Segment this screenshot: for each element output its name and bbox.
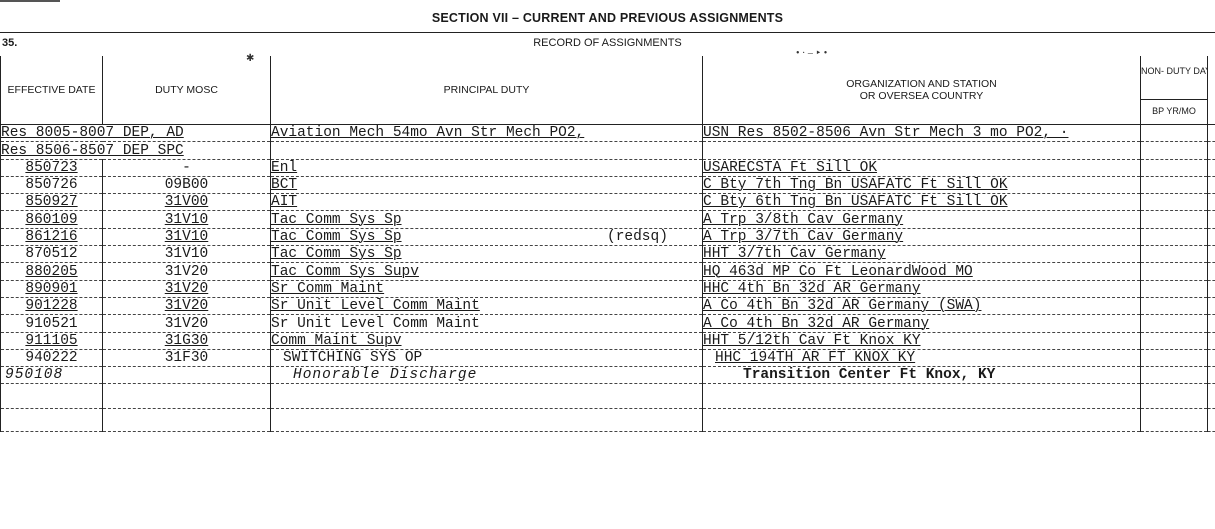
non-duty-cell <box>1141 125 1208 142</box>
effective-date-cell <box>1 384 103 409</box>
duty-mosc-cell: 31V20 <box>103 263 271 280</box>
table-row-prior-service: Res 8005-8007 DEP, AD Aviation Mech 54mo… <box>1 125 1215 142</box>
edge-cell <box>1208 159 1215 176</box>
principal-duty-cell: Aviation Mech 54mo Avn Str Mech PO2, <box>271 125 703 142</box>
non-duty-cell <box>1141 228 1208 245</box>
principal-duty-cell: Sr Unit Level Comm Maint <box>271 315 703 332</box>
effective-date-cell: 860109 <box>1 211 103 228</box>
section-title: SECTION VII – CURRENT AND PREVIOUS ASSIG… <box>0 11 1215 25</box>
table-row: 870512 31V10 Tac Comm Sys Sp HHT 3/7th C… <box>1 246 1215 263</box>
principal-duty-cell: Sr Unit Level Comm Maint <box>271 297 703 314</box>
organization-cell: HHT 5/12th Cav Ft Knox KY <box>703 332 1141 349</box>
principal-duty-cell <box>271 142 703 159</box>
non-duty-cell <box>1141 315 1208 332</box>
effective-date-cell: 850726 <box>1 176 103 193</box>
effective-date-cell: 890901 <box>1 280 103 297</box>
column-header-duty-mosc: DUTY MOSC <box>103 56 271 125</box>
duty-note: (redsq) <box>607 229 668 245</box>
principal-duty-cell <box>271 384 703 409</box>
non-duty-cell <box>1141 246 1208 263</box>
edge-cell <box>1208 280 1215 297</box>
column-header-principal-duty: PRINCIPAL DUTY <box>271 56 703 125</box>
effective-date-cell: 950108 <box>1 367 103 384</box>
principal-duty-cell: AIT <box>271 194 703 211</box>
table-row: 901228 31V20 Sr Unit Level Comm Maint A … <box>1 297 1215 314</box>
non-duty-cell <box>1141 176 1208 193</box>
organization-cell: C Bty 7th Tng Bn USAFATC Ft Sill OK <box>703 176 1141 193</box>
prior-service-cell: Res 8005-8007 DEP, AD <box>1 125 271 142</box>
organization-cell: A Co 4th Bn 32d AR Germany (SWA) <box>703 297 1141 314</box>
organization-cell <box>703 409 1141 432</box>
effective-date-cell: 861216 <box>1 228 103 245</box>
organization-cell: USARECSTA Ft Sill OK <box>703 159 1141 176</box>
non-duty-cell <box>1141 409 1208 432</box>
column-header-bp: BP YR/MO <box>1141 100 1207 116</box>
edge-cell <box>1208 176 1215 193</box>
edge-cell <box>1208 315 1215 332</box>
non-duty-cell <box>1141 211 1208 228</box>
table-row: 940222 31F30 SWITCHING SYS OP HHC 194TH … <box>1 349 1215 366</box>
duty-mosc-cell: 31V10 <box>103 211 271 228</box>
table-row: 850927 31V00 AIT C Bty 6th Tng Bn USAFAT… <box>1 194 1215 211</box>
organization-cell: HHC 4th Bn 32d AR Germany <box>703 280 1141 297</box>
edge-cell <box>1208 349 1215 366</box>
effective-date-cell: 880205 <box>1 263 103 280</box>
non-duty-cell <box>1141 367 1208 384</box>
duty-mosc-cell: 31V20 <box>103 315 271 332</box>
principal-duty-cell: Tac Comm Sys Sp <box>271 211 703 228</box>
principal-duty-cell: Sr Comm Maint <box>271 280 703 297</box>
organization-cell: HHT 3/7th Cav Germany <box>703 246 1141 263</box>
edge-cell <box>1208 211 1215 228</box>
principal-duty-cell: SWITCHING SYS OP <box>271 349 703 366</box>
edge-cell <box>1208 409 1215 432</box>
duty-mosc-cell: - <box>103 159 271 176</box>
principal-duty-cell: Enl <box>271 159 703 176</box>
record-title: RECORD OF ASSIGNMENTS <box>0 37 1215 49</box>
table-row-empty <box>1 409 1215 432</box>
table-row: 860109 31V10 Tac Comm Sys Sp A Trp 3/8th… <box>1 211 1215 228</box>
non-duty-cell <box>1141 194 1208 211</box>
scan-edge-line <box>0 0 60 2</box>
duty-mosc-cell: 31V20 <box>103 280 271 297</box>
edge-cell <box>1208 194 1215 211</box>
effective-date-cell: 850927 <box>1 194 103 211</box>
principal-duty-cell: Tac Comm Sys Sp(redsq) <box>271 228 703 245</box>
non-duty-cell <box>1141 280 1208 297</box>
edge-cell <box>1208 263 1215 280</box>
organization-cell: C Bty 6th Tng Bn USAFATC Ft Sill OK <box>703 194 1141 211</box>
column-header-effective-date: EFFECTIVE DATE <box>1 56 103 125</box>
edge-cell <box>1208 125 1215 142</box>
organization-cell: A Trp 3/8th Cav Germany <box>703 211 1141 228</box>
principal-duty-cell: Comm Maint Supv <box>271 332 703 349</box>
edge-cell <box>1208 246 1215 263</box>
organization-cell: A Trp 3/7th Cav Germany <box>703 228 1141 245</box>
organization-cell: HQ 463d MP Co Ft LeonardWood MO <box>703 263 1141 280</box>
column-header-organization: ORGANIZATION AND STATION OR OVERSEA COUN… <box>703 56 1141 125</box>
principal-duty-cell: BCT <box>271 176 703 193</box>
principal-duty-cell <box>271 409 703 432</box>
table-row: 850726 09B00 BCT C Bty 7th Tng Bn USAFAT… <box>1 176 1215 193</box>
column-header-non-duty-days: NON- DUTY DAYS <box>1141 65 1207 100</box>
table-header-row: EFFECTIVE DATE DUTY MOSC PRINCIPAL DUTY … <box>1 56 1215 125</box>
effective-date-cell: 901228 <box>1 297 103 314</box>
column-header-organization-line2: OR OVERSEA COUNTRY <box>703 90 1140 102</box>
duty-mosc-cell: 31V10 <box>103 246 271 263</box>
organization-cell: USN Res 8502-8506 Avn Str Mech 3 mo PO2,… <box>703 125 1141 142</box>
effective-date-cell: 910521 <box>1 315 103 332</box>
table-row-prior-service: Res 8506-8507 DEP SPC <box>1 142 1215 159</box>
edge-cell <box>1208 228 1215 245</box>
organization-cell: A Co 4th Bn 32d AR Germany <box>703 315 1141 332</box>
edge-cell <box>1208 384 1215 409</box>
organization-cell: HHC 194TH AR FT KNOX KY <box>703 349 1141 366</box>
assignments-table: EFFECTIVE DATE DUTY MOSC PRINCIPAL DUTY … <box>0 56 1215 432</box>
table-row-handwritten: 950108 Honorable Discharge Transition Ce… <box>1 367 1215 384</box>
table-row: 861216 31V10 Tac Comm Sys Sp(redsq) A Tr… <box>1 228 1215 245</box>
non-duty-cell <box>1141 384 1208 409</box>
edge-cell <box>1208 142 1215 159</box>
column-header-organization-line1: ORGANIZATION AND STATION <box>703 78 1140 90</box>
column-header-non-duty: NON- DUTY DAYS BP YR/MO <box>1141 56 1208 125</box>
duty-mosc-cell: 31G30 <box>103 332 271 349</box>
table-row: 890901 31V20 Sr Comm Maint HHC 4th Bn 32… <box>1 280 1215 297</box>
organization-cell <box>703 384 1141 409</box>
duty-mosc-cell <box>103 384 271 409</box>
organization-cell: Transition Center Ft Knox, KY <box>703 367 1141 384</box>
edge-cell <box>1208 332 1215 349</box>
non-duty-cell <box>1141 349 1208 366</box>
edge-cell <box>1208 297 1215 314</box>
table-row: 850723 - Enl USARECSTA Ft Sill OK <box>1 159 1215 176</box>
non-duty-cell <box>1141 159 1208 176</box>
principal-duty-cell: Tac Comm Sys Sp <box>271 246 703 263</box>
non-duty-cell <box>1141 263 1208 280</box>
effective-date-cell: 870512 <box>1 246 103 263</box>
duty-mosc-cell: 31V10 <box>103 228 271 245</box>
effective-date-cell: 940222 <box>1 349 103 366</box>
table-row: 910521 31V20 Sr Unit Level Comm Maint A … <box>1 315 1215 332</box>
divider <box>0 32 1215 33</box>
duty-mosc-cell: 31V20 <box>103 297 271 314</box>
duty-mosc-cell: 09B00 <box>103 176 271 193</box>
prior-service-cell: Res 8506-8507 DEP SPC <box>1 142 271 159</box>
non-duty-cell <box>1141 297 1208 314</box>
table-row-empty <box>1 384 1215 409</box>
non-duty-cell <box>1141 332 1208 349</box>
non-duty-cell <box>1141 142 1208 159</box>
column-edge <box>1208 56 1215 125</box>
effective-date-cell: 911105 <box>1 332 103 349</box>
principal-duty-cell: Honorable Discharge <box>271 367 703 384</box>
organization-cell <box>703 142 1141 159</box>
effective-date-cell <box>1 409 103 432</box>
principal-duty-text: Tac Comm Sys Sp <box>271 229 402 245</box>
principal-duty-cell: Tac Comm Sys Supv <box>271 263 703 280</box>
duty-mosc-cell <box>103 409 271 432</box>
record-of-assignments-form: SECTION VII – CURRENT AND PREVIOUS ASSIG… <box>0 0 1215 529</box>
duty-mosc-cell: 31V00 <box>103 194 271 211</box>
effective-date-cell: 850723 <box>1 159 103 176</box>
table-row: 911105 31G30 Comm Maint Supv HHT 5/12th … <box>1 332 1215 349</box>
duty-mosc-cell: 31F30 <box>103 349 271 366</box>
edge-cell <box>1208 367 1215 384</box>
duty-mosc-cell <box>103 367 271 384</box>
table-row: 880205 31V20 Tac Comm Sys Supv HQ 463d M… <box>1 263 1215 280</box>
